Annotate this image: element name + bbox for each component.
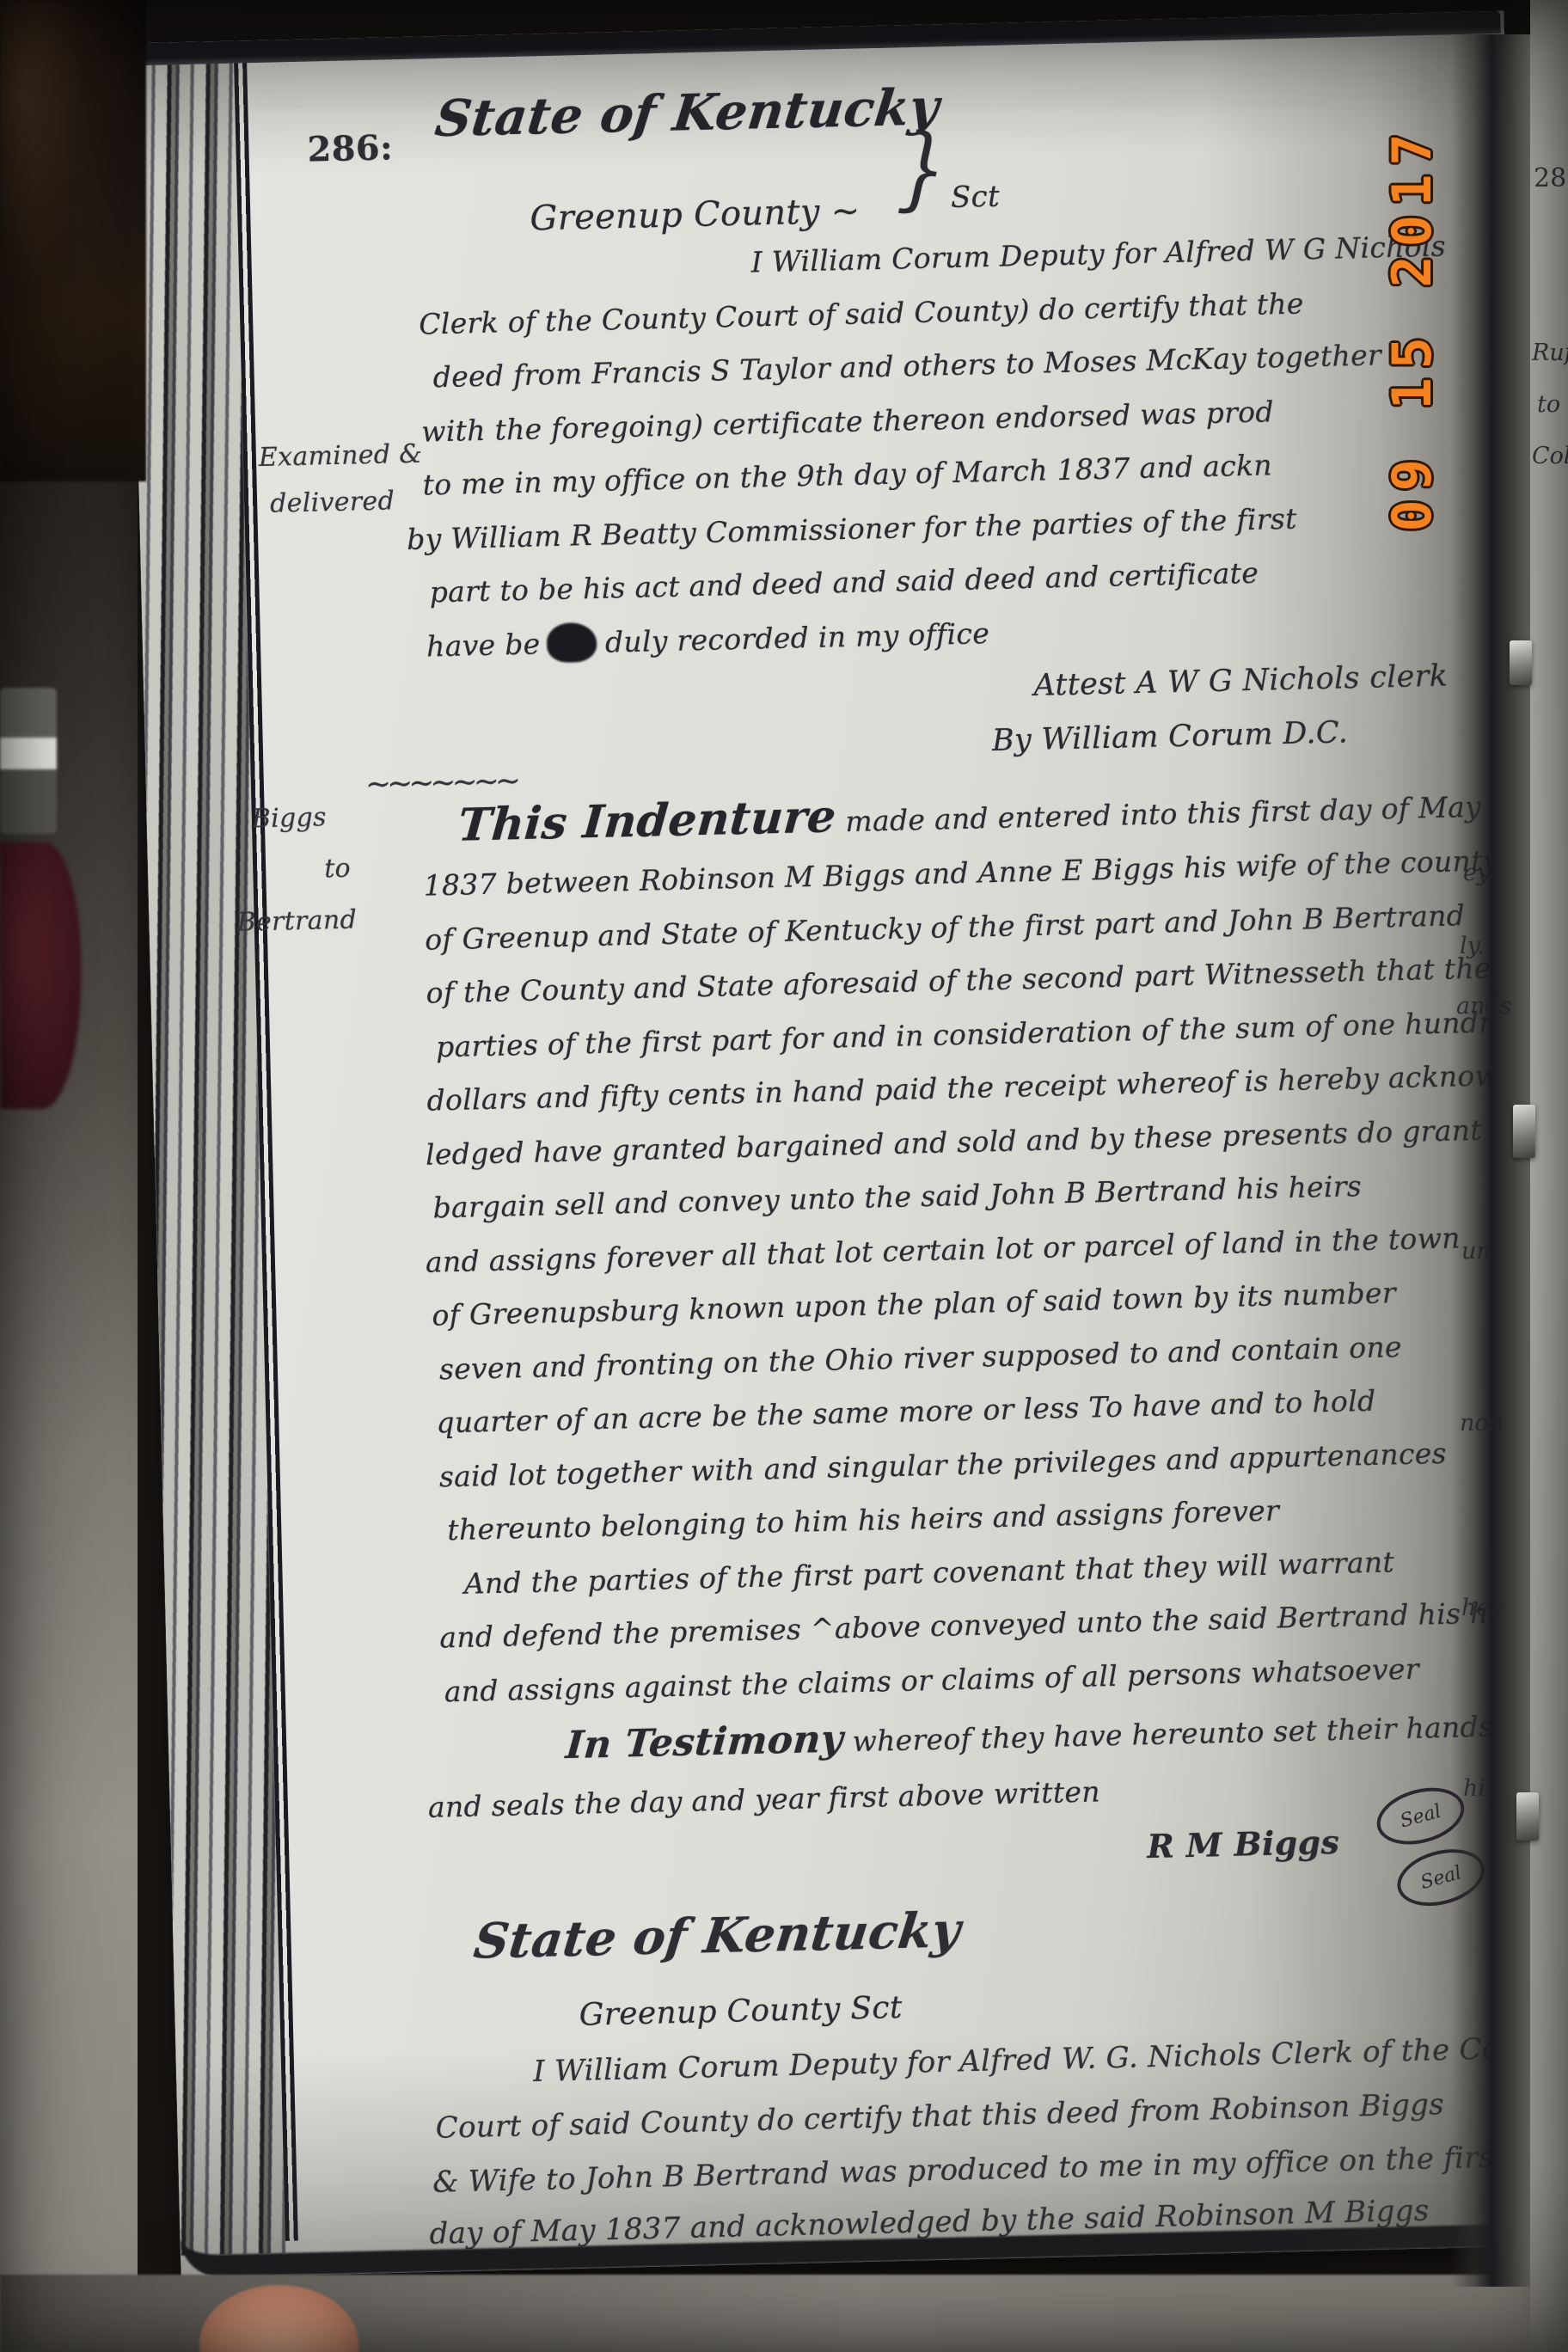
page-bottom-curl [180, 2173, 1548, 2277]
section1-line: to me in my office on the 9th day of Mar… [422, 448, 1272, 501]
page-top-edge [136, 11, 1501, 65]
section1-heading: State of Kentucky [432, 77, 942, 148]
margin-note-to: to [324, 854, 352, 885]
binding-clip [1513, 1105, 1535, 1158]
cut-line-fragment: non [1460, 1410, 1504, 1436]
entry-separator: ~~~~~~~ [364, 763, 517, 802]
cut-line-fragment: ands [1456, 993, 1512, 1020]
adjacent-margin-note: Ruf [1532, 340, 1568, 366]
section2-line: bargain sell and convey unto the said Jo… [432, 1169, 1362, 1224]
testimony-line: In Testimony whereof they have hereunto … [566, 1702, 1494, 1767]
section2-line: parties of the first part for and in con… [436, 1004, 1528, 1063]
binding-clip [1510, 640, 1532, 685]
grantor-signature: R M Biggs [1147, 1822, 1340, 1865]
adjacent-margin-note: to [1537, 391, 1560, 418]
section1-county-line: Greenup County ~ [530, 191, 861, 238]
cut-line-fragment: his [1463, 1775, 1498, 1802]
section2-line: quarter of an acre be the same more or l… [436, 1384, 1376, 1440]
adjacent-page-number: 28 [1534, 163, 1566, 193]
section1-line: have be duly recorded in my office [426, 616, 990, 663]
adjacent-page-edge: 28 Ruf to Colv [1530, 0, 1568, 2352]
section1-line: part to be his act and deed and said dee… [429, 556, 1259, 609]
section2-line: of Greenup and State of Kentucky of the … [425, 898, 1466, 957]
section2-line: of the County and State aforesaid of the… [426, 951, 1491, 1009]
page-number: 286: [307, 127, 394, 169]
book-gutter-shadow: ey ly. ands um non her his [1451, 34, 1530, 2287]
section2-line: and defend the premises ^above conveyed … [439, 1595, 1544, 1654]
section2-opening-line: This Indenture made and entered into thi… [457, 775, 1481, 852]
background-top-shelf [0, 0, 146, 481]
section3-county-line: Greenup County Sct [579, 1990, 903, 2033]
section2-line: 1837 between Robinson M Biggs and Anne E… [423, 843, 1499, 902]
section2-line: and assigns against the claims or claims… [444, 1652, 1419, 1709]
section2-line: And the parties of the first part covena… [463, 1545, 1394, 1600]
indenture-opening-rest: made and entered into this first day of … [836, 790, 1481, 839]
margin-note-grantee: Bertrand [236, 905, 357, 938]
margin-note-examined: Examined & [259, 439, 423, 473]
cut-line-fragment: ey [1463, 860, 1490, 886]
testimony-opening-words: In Testimony [564, 1717, 845, 1767]
deed-book-page: 286: State of Kentucky } Sct Greenup Cou… [129, 11, 1557, 2278]
background-gray-object [0, 688, 57, 834]
testimony-opening-rest: whereof they have hereunto set their han… [842, 1710, 1493, 1759]
section1-line: I William Corum Deputy for Alfred W G Ni… [750, 229, 1446, 279]
cut-line-fragment: ly. [1460, 933, 1485, 959]
deputy-clerk-line: By William Corum D.C. [991, 715, 1348, 758]
attest-line: Attest A W G Nichols clerk [1033, 659, 1449, 703]
cut-line-fragment: her [1461, 1595, 1501, 1621]
section1-line: Clerk of the County Court of said County… [419, 286, 1304, 340]
cut-line-fragment: um [1461, 1238, 1498, 1265]
margin-note-delivered: delivered [270, 486, 395, 518]
section2-line: thereunto belonging to him his heirs and… [447, 1493, 1280, 1547]
seal-label: Seal [1398, 1800, 1443, 1832]
section1-line: deed from Francis S Taylor and others to… [432, 338, 1381, 394]
section2-line: ledged have granted bargained and sold a… [426, 1113, 1483, 1172]
section1-line: with the foregoing) certificate thereon … [421, 395, 1274, 448]
jurat-brace: } [896, 113, 949, 225]
adjacent-margin-note: Colv [1532, 443, 1568, 469]
section2-line: of Greenupsburg known upon the plan of s… [432, 1276, 1396, 1332]
margin-note-grantor: Biggs [251, 802, 327, 834]
section2-line: and assigns forever all that lot certain… [426, 1221, 1461, 1278]
section2-line: said lot together with and singular the … [438, 1436, 1447, 1494]
section2-line: seven and fronting on the Ohio river sup… [439, 1330, 1403, 1386]
background-maroon-chair [0, 842, 81, 1109]
photograph-of-deed-book: 286: State of Kentucky } Sct Greenup Cou… [0, 0, 1568, 2352]
testimony-line2: and seals the day and year first above w… [428, 1774, 1101, 1823]
section2-line: dollars and fifty cents in hand paid the… [426, 1058, 1510, 1118]
section3-line: Court of said County do certify that thi… [435, 2087, 1444, 2146]
section3-heading: State of Kentucky [471, 1902, 964, 1970]
indenture-opening-words: This Indenture [456, 790, 838, 851]
jurat-abbreviation: Sct [951, 180, 1001, 215]
section1-line: by William R Beatty Commissioner for the… [407, 502, 1297, 556]
ink-blot [547, 622, 597, 663]
section3-line: I William Corum Deputy for Alfred W. G. … [533, 2030, 1567, 2089]
binding-clip [1516, 1792, 1539, 1841]
camera-date-stamp: 09 15 2017 [1377, 124, 1446, 533]
